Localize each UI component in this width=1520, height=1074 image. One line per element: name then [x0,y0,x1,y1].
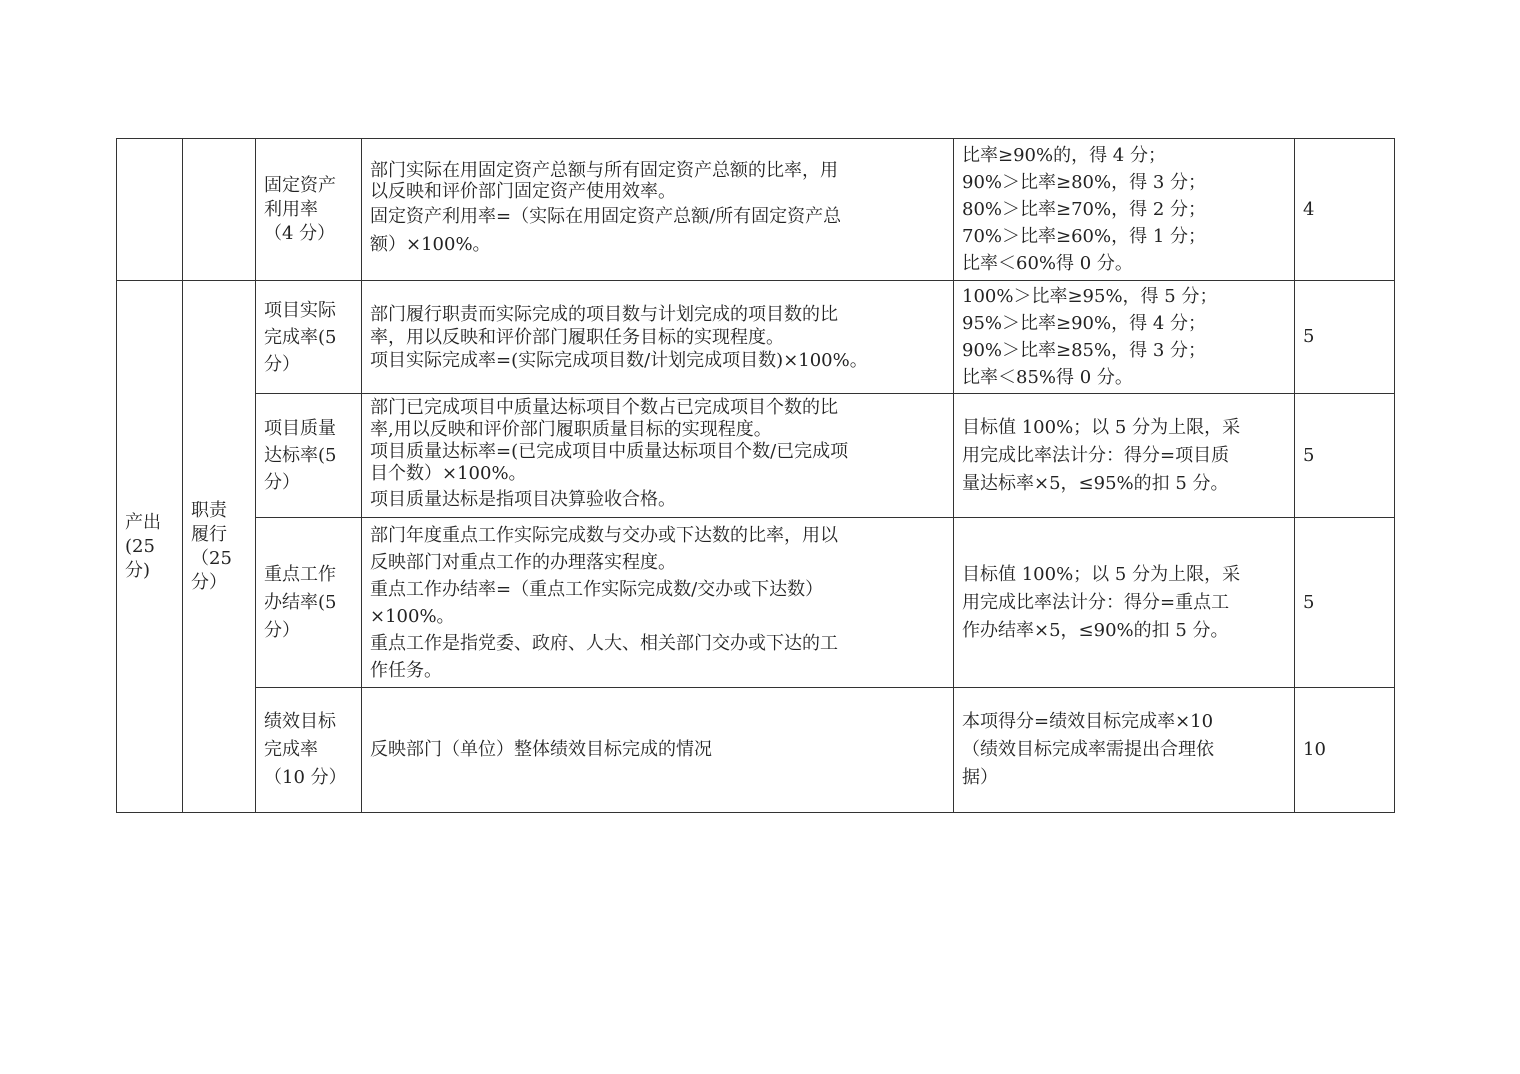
description-line: 率,用以反映和评价部门履职质量目标的实现程度。 [370,419,945,441]
criteria-line: 本项得分=绩效目标完成率×10 [962,708,1286,736]
indicator-name-cell: 绩效目标 完成率 （10 分） [256,688,362,813]
criteria-line: 作办结率×5，≤90%的扣 5 分。 [962,617,1286,645]
indicator-name-cell: 重点工作 办结率(5 分） [256,518,362,688]
scoring-criteria-cell: 100%＞比率≥95%，得 5 分； 95%＞比率≥90%，得 4 分； 90%… [954,281,1295,394]
description-line: 项目质量达标率=(已完成项目中质量达标项目个数/已完成项 [370,441,945,463]
criteria-line: （绩效目标完成率需提出合理依 [962,736,1286,764]
criteria-line: 量达标率×5，≤95%的扣 5 分。 [962,470,1286,498]
indicator-name-line: 固定资产 [264,174,353,198]
table-row: 绩效目标 完成率 （10 分） 反映部门（单位）整体绩效目标完成的情况 本项得分… [117,688,1395,813]
indicator-name-line: 项目质量 [264,415,353,442]
indicator-name-cell: 固定资产 利用率 （4 分） [256,139,362,281]
description-line: 部门已完成项目中质量达标项目个数占已完成项目个数的比 [370,397,945,419]
description-line: 部门履行职责而实际完成的项目数与计划完成的项目数的比 [370,303,945,326]
description-line: 率，用以反映和评价部门履职任务目标的实现程度。 [370,326,945,349]
description-line: 项目质量达标是指项目决算验收合格。 [370,485,945,515]
table-row: 项目质量 达标率(5 分） 部门已完成项目中质量达标项目个数占已完成项目个数的比… [117,394,1395,518]
description-line: 项目实际完成率=(实际完成项目数/计划完成项目数)×100%。 [370,349,945,372]
indicator-name-line: 完成率 [264,736,353,764]
indicator-name-line: 重点工作 [264,561,353,589]
criteria-line: 用完成比率法计分：得分=重点工 [962,589,1286,617]
description-line: 反映部门（单位）整体绩效目标完成的情况 [370,738,945,762]
indicator-name-line: 完成率(5 [264,324,353,351]
criteria-line: 用完成比率法计分：得分=项目质 [962,442,1286,470]
table-row: 固定资产 利用率 （4 分） 部门实际在用固定资产总额与所有固定资产总额的比率，… [117,139,1395,281]
indicator-name-cell: 项目实际 完成率(5 分） [256,281,362,394]
category-line: 分) [125,559,174,583]
performance-evaluation-table: 固定资产 利用率 （4 分） 部门实际在用固定资产总额与所有固定资产总额的比率，… [116,138,1395,813]
subcategory-line: 职责 [191,499,247,523]
indicator-name-line: 利用率 [264,198,353,222]
indicator-name-line: （4 分） [264,222,353,246]
description-line: 重点工作办结率=（重点工作实际完成数/交办或下达数） [370,576,945,603]
criteria-line: 据） [962,764,1286,792]
description-line: 目个数）×100%。 [370,463,945,485]
indicator-name-line: 办结率(5 [264,589,353,617]
subcategory-line: 分） [191,571,247,595]
indicator-description-cell: 部门实际在用固定资产总额与所有固定资产总额的比率，用 以反映和评价部门固定资产使… [362,139,954,281]
scoring-criteria-cell: 本项得分=绩效目标完成率×10 （绩效目标完成率需提出合理依 据） [954,688,1295,813]
description-line: 固定资产利用率=（实际在用固定资产总额/所有固定资产总 [370,203,945,231]
indicator-name-line: 分） [264,617,353,645]
description-line: 额）×100%。 [370,231,945,259]
criteria-line: 90%＞比率≥85%，得 3 分； [962,337,1286,364]
category-line: 产出 [125,511,174,535]
score-cell: 5 [1295,518,1395,688]
criteria-line: 95%＞比率≥90%，得 4 分； [962,310,1286,337]
indicator-name-line: 分） [264,351,353,378]
description-line: 以反映和评价部门固定资产使用效率。 [370,181,945,203]
criteria-line: 比率≥90%的，得 4 分； [962,142,1286,169]
scoring-criteria-cell: 目标值 100%；以 5 分为上限，采 用完成比率法计分：得分=项目质 量达标率… [954,394,1295,518]
subcategory-line: 履行 [191,523,247,547]
subcategory-cell-empty [183,139,256,281]
indicator-name-line: 分） [264,469,353,496]
criteria-line: 80%＞比率≥70%，得 2 分； [962,196,1286,223]
scoring-criteria-cell: 比率≥90%的，得 4 分； 90%＞比率≥80%，得 3 分； 80%＞比率≥… [954,139,1295,281]
description-line: 部门年度重点工作实际完成数与交办或下达数的比率，用以 [370,522,945,549]
criteria-line: 100%＞比率≥95%，得 5 分； [962,283,1286,310]
description-line: 部门实际在用固定资产总额与所有固定资产总额的比率，用 [370,161,945,181]
description-line: 重点工作是指党委、政府、人大、相关部门交办或下达的工 [370,630,945,657]
table-row: 重点工作 办结率(5 分） 部门年度重点工作实际完成数与交办或下达数的比率，用以… [117,518,1395,688]
description-line: 反映部门对重点工作的办理落实程度。 [370,549,945,576]
score-cell: 5 [1295,394,1395,518]
category-cell-empty [117,139,183,281]
criteria-line: 70%＞比率≥60%，得 1 分； [962,223,1286,250]
subcategory-cell: 职责 履行 （25 分） [183,281,256,813]
criteria-line: 90%＞比率≥80%，得 3 分； [962,169,1286,196]
category-line: (25 [125,535,174,559]
score-cell: 5 [1295,281,1395,394]
description-line: 作任务。 [370,657,945,684]
indicator-description-cell: 部门年度重点工作实际完成数与交办或下达数的比率，用以 反映部门对重点工作的办理落… [362,518,954,688]
indicator-description-cell: 反映部门（单位）整体绩效目标完成的情况 [362,688,954,813]
indicator-description-cell: 部门已完成项目中质量达标项目个数占已完成项目个数的比 率,用以反映和评价部门履职… [362,394,954,518]
category-cell: 产出 (25 分) [117,281,183,813]
subcategory-line: （25 [191,547,247,571]
table-row: 产出 (25 分) 职责 履行 （25 分） 项目实际 完成率(5 分） 部门履… [117,281,1395,394]
indicator-name-line: 达标率(5 [264,442,353,469]
criteria-line: 目标值 100%；以 5 分为上限，采 [962,414,1286,442]
indicator-name-cell: 项目质量 达标率(5 分） [256,394,362,518]
indicator-name-line: 绩效目标 [264,708,353,736]
description-line: ×100%。 [370,603,945,630]
criteria-line: 比率＜85%得 0 分。 [962,364,1286,391]
indicator-name-line: 项目实际 [264,297,353,324]
indicator-name-line: （10 分） [264,764,353,792]
scoring-criteria-cell: 目标值 100%；以 5 分为上限，采 用完成比率法计分：得分=重点工 作办结率… [954,518,1295,688]
score-cell: 4 [1295,139,1395,281]
criteria-line: 目标值 100%；以 5 分为上限，采 [962,561,1286,589]
indicator-description-cell: 部门履行职责而实际完成的项目数与计划完成的项目数的比 率，用以反映和评价部门履职… [362,281,954,394]
score-cell: 10 [1295,688,1395,813]
criteria-line: 比率＜60%得 0 分。 [962,250,1286,277]
